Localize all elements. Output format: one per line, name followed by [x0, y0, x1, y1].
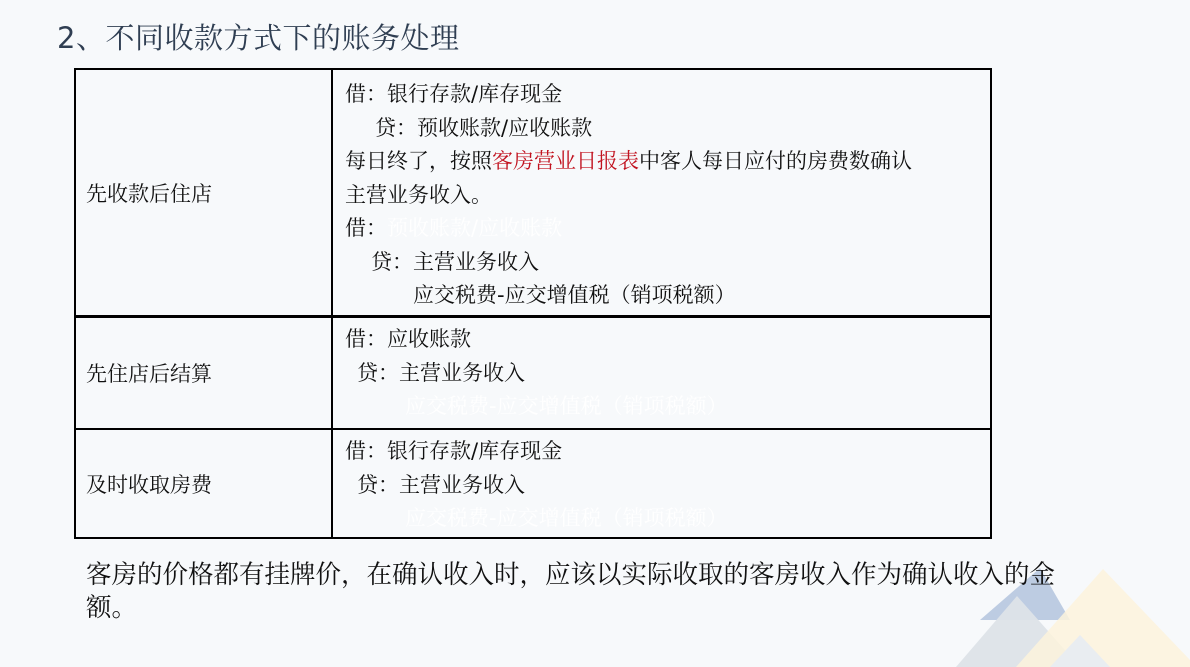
row-entries: 借：银行存款/库存现金 贷：预收账款/应收账款 每日终了，按照客房营业日报表中客…	[333, 70, 990, 315]
row-entries: 借：银行存款/库存现金 贷：主营业务收入 应交税费-应交增值税（销项税额）	[333, 430, 990, 537]
entry-text: 中客人每日应付的房费数确认	[639, 149, 912, 173]
entry-line: 借：银行存款/库存现金	[345, 435, 990, 469]
page-title: 2、不同收款方式下的账务处理	[57, 16, 459, 57]
entry-text: 每日终了，按照	[345, 149, 492, 173]
row-label: 及时收取房费	[76, 430, 333, 537]
entry-text: 借：	[345, 216, 387, 240]
entry-line: 贷：主营业务收入	[345, 246, 990, 280]
hidden-answer-text: 应交税费-应交增值税（销项税额）	[345, 502, 990, 536]
entry-line: 每日终了，按照客房营业日报表中客人每日应付的房费数确认	[345, 145, 990, 179]
entry-line: 贷：主营业务收入	[345, 469, 990, 503]
table-row: 先收款后住店 借：银行存款/库存现金 贷：预收账款/应收账款 每日终了，按照客房…	[76, 70, 990, 318]
entry-line: 借：应收账款	[345, 323, 990, 357]
hidden-answer-text: 预收账款/应收账款	[387, 216, 562, 240]
hidden-answer-text: 应交税费-应交增值税（销项税额）	[345, 390, 990, 424]
entry-line: 贷：主营业务收入	[345, 357, 990, 391]
entry-line: 借：预收账款/应收账款	[345, 212, 990, 246]
entry-line: 主营业务收入。	[345, 179, 990, 213]
row-label: 先收款后住店	[76, 70, 333, 315]
highlighted-term: 客房营业日报表	[492, 149, 639, 173]
row-label: 先住店后结算	[76, 318, 333, 428]
row-entries: 借：应收账款 贷：主营业务收入 应交税费-应交增值税（销项税额）	[333, 318, 990, 428]
table-row: 先住店后结算 借：应收账款 贷：主营业务收入 应交税费-应交增值税（销项税额）	[76, 318, 990, 430]
accounting-table: 先收款后住店 借：银行存款/库存现金 贷：预收账款/应收账款 每日终了，按照客房…	[74, 68, 992, 539]
table-row: 及时收取房费 借：银行存款/库存现金 贷：主营业务收入 应交税费-应交增值税（销…	[76, 430, 990, 537]
entry-line: 贷：预收账款/应收账款	[345, 112, 990, 146]
entry-line: 应交税费-应交增值税（销项税额）	[345, 279, 990, 313]
entry-line: 借：银行存款/库存现金	[345, 78, 990, 112]
summary-note: 客房的价格都有挂牌价，在确认收入时，应该以实际收取的客房收入作为确认收入的金额。	[86, 559, 1086, 625]
